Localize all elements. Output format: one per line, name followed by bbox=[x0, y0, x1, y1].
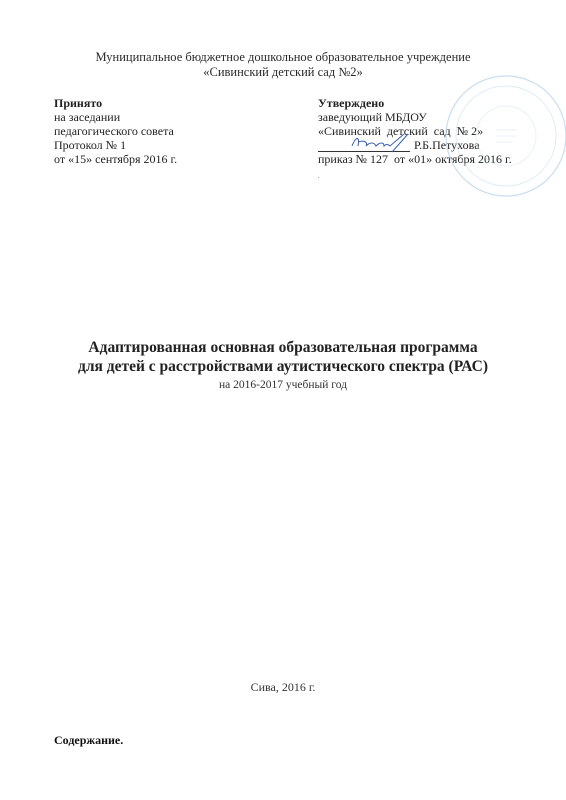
academic-year: на 2016-2017 учебный год bbox=[0, 379, 566, 391]
accepted-date: от «15» сентября 2016 г. bbox=[54, 152, 177, 166]
official-stamp-icon bbox=[442, 72, 566, 200]
org-name-line1: Муниципальное бюджетное дошкольное образ… bbox=[0, 50, 566, 65]
protocol-number: Протокол № 1 bbox=[54, 138, 177, 152]
city-year: Сива, 2016 г. bbox=[0, 680, 566, 695]
accepted-line: на заседании bbox=[54, 110, 177, 124]
accepted-block: Принято на заседании педагогического сов… bbox=[54, 96, 177, 166]
title-line2: для детей с расстройствами аутистическог… bbox=[0, 357, 566, 376]
title-line1: Адаптированная основная образовательная … bbox=[0, 338, 566, 357]
document-title: Адаптированная основная образовательная … bbox=[0, 338, 566, 376]
accepted-heading: Принято bbox=[54, 96, 177, 110]
signature-icon bbox=[348, 132, 418, 154]
scan-artifact bbox=[318, 177, 319, 178]
contents-heading: Содержание. bbox=[54, 733, 123, 748]
accepted-line: педагогического совета bbox=[54, 124, 177, 138]
